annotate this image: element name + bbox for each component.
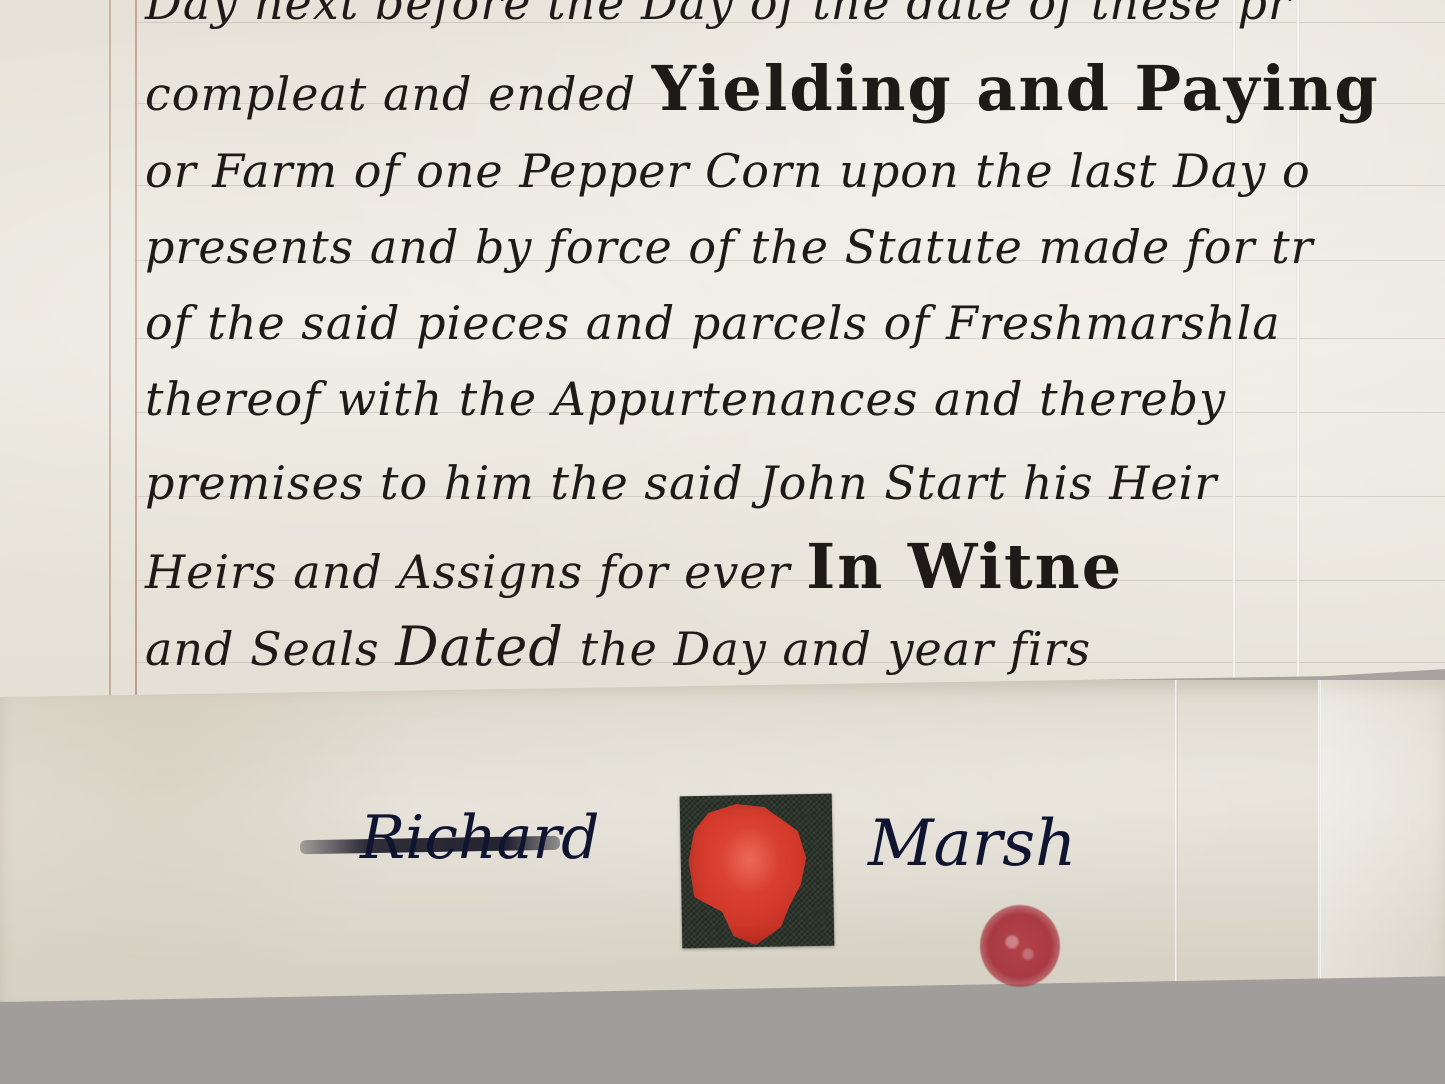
emphasis-dated: Dated [395, 615, 564, 678]
signature-richard: Richard [360, 808, 599, 868]
emphasis-in-witness: In Witne [806, 530, 1123, 603]
text-line-7: premises to him the said John Start his … [145, 460, 1217, 506]
fold-crease [1175, 680, 1178, 1002]
text-line-3: or Farm of one Pepper Corn upon the last… [145, 148, 1311, 194]
document-photo: Day next before the Day of the date of t… [0, 0, 1445, 1084]
text-line-9: and Seals Dated the Day and year firs [145, 620, 1091, 674]
text-line-6: thereof with the Appurtenances and there… [145, 376, 1226, 422]
text-line-1: Day next before the Day of the date of t… [145, 0, 1291, 26]
parchment-sheet: Day next before the Day of the date of t… [0, 0, 1445, 697]
signature-marsh: Marsh [868, 812, 1076, 876]
text-line-2: compleat and ended Yielding and Paying [145, 58, 1380, 120]
emphasis-yielding-and-paying: Yielding and Paying [652, 52, 1380, 125]
text-line-5: of the said pieces and parcels of Freshm… [145, 300, 1281, 346]
text-line-8: Heirs and Assigns for ever In Witne [145, 536, 1123, 598]
right-panel-fold [1320, 680, 1445, 1002]
margin-rule-inner [135, 0, 137, 697]
margin-rule-outer [109, 0, 111, 697]
wax-seal-highlight [720, 825, 780, 895]
red-stamp-icon [980, 905, 1060, 987]
text-line-4: presents and by force of the Statute mad… [145, 224, 1314, 270]
